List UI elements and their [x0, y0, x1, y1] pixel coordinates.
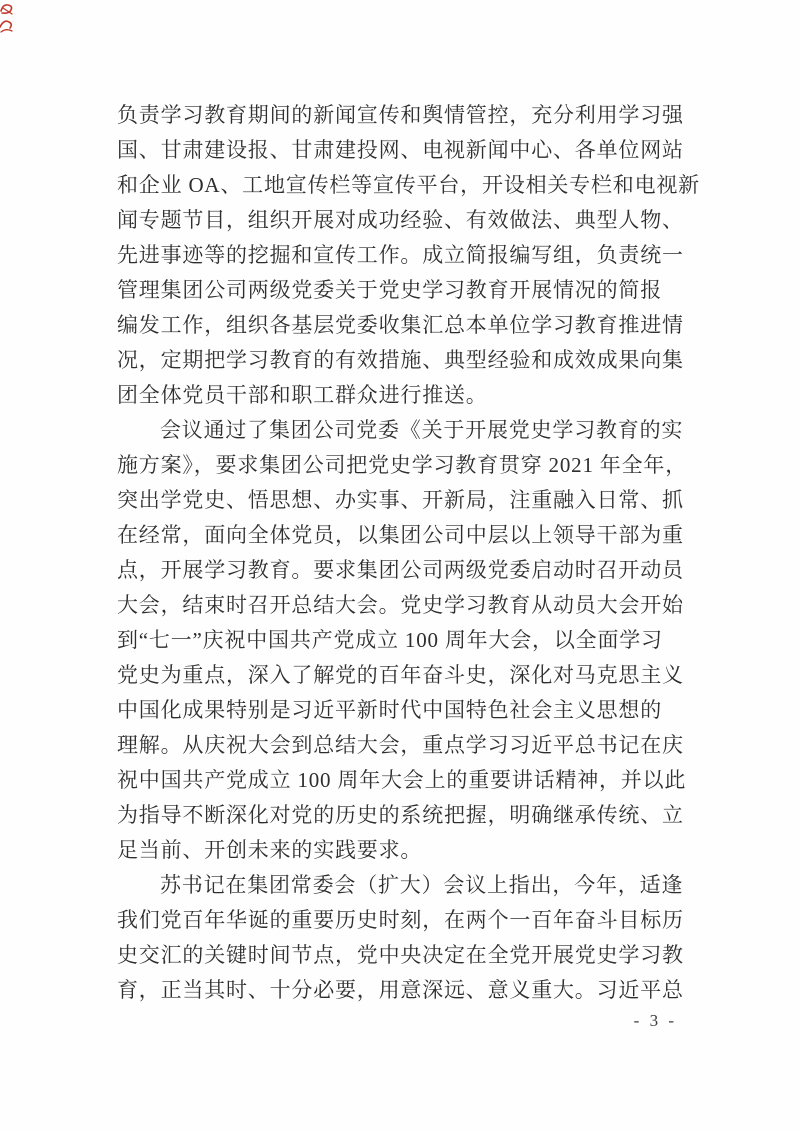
paragraph: 苏书记在集团常委会（扩大）会议上指出，今年，适逢我们党百年华诞的重要历史时刻，在… [117, 868, 687, 1008]
text-line: 中国化成果特别是习近平新时代中国特色社会主义思想的 [117, 693, 687, 728]
text-line: 党史为重点，深入了解党的百年奋斗史，深化对马克思主义 [117, 658, 687, 693]
paragraph: 负责学习教育期间的新闻宣传和舆情管控，充分利用学习强国、甘肃建设报、甘肃建投网、… [117, 98, 687, 413]
text-line: 史交汇的关键时间节点，党中央决定在全党开展党史学习教 [117, 938, 687, 973]
text-line: 突出学党史、悟思想、办实事、开新局，注重融入日常、抓 [117, 483, 687, 518]
page-number: - 3 - [634, 1010, 677, 1032]
document-page: 负责学习教育期间的新闻宣传和舆情管控，充分利用学习强国、甘肃建设报、甘肃建投网、… [0, 0, 800, 1131]
text-line: 施方案》，要求集团公司把党史学习教育贯穿 2021 年全年， [117, 448, 687, 483]
text-line: 况，定期把学习教育的有效措施、典型经验和成效成果向集 [117, 343, 687, 378]
text-line: 祝中国共产党成立 100 周年大会上的重要讲话精神，并以此 [117, 763, 687, 798]
document-body: 负责学习教育期间的新闻宣传和舆情管控，充分利用学习强国、甘肃建设报、甘肃建投网、… [117, 98, 687, 1008]
text-line: 大会，结束时召开总结大会。党史学习教育从动员大会开始 [117, 588, 687, 623]
text-line: 编发工作，组织各基层党委收集汇总本单位学习教育推进情 [117, 308, 687, 343]
text-line: 先进事迹等的挖掘和宣传工作。成立简报编写组，负责统一 [117, 238, 687, 273]
text-line: 足当前、开创未来的实践要求。 [117, 833, 687, 868]
text-line: 育，正当其时、十分必要，用意深远、意义重大。习近平总 [117, 973, 687, 1008]
text-line: 闻专题节目，组织开展对成功经验、有效做法、典型人物、 [117, 203, 687, 238]
text-line: 团全体党员干部和职工群众进行推送。 [117, 378, 687, 413]
text-line: 会议通过了集团公司党委《关于开展党史学习教育的实 [117, 413, 687, 448]
text-line: 在经常，面向全体党员，以集团公司中层以上领导干部为重 [117, 518, 687, 553]
text-line: 我们党百年华诞的重要历史时刻，在两个一百年奋斗目标历 [117, 903, 687, 938]
paragraph: 会议通过了集团公司党委《关于开展党史学习教育的实施方案》，要求集团公司把党史学习… [117, 413, 687, 868]
text-line: 负责学习教育期间的新闻宣传和舆情管控，充分利用学习强 [117, 98, 687, 133]
text-line: 和企业 OA、工地宣传栏等宣传平台，开设相关专栏和电视新 [117, 168, 687, 203]
text-line: 为指导不断深化对党的历史的系统把握，明确继承传统、立 [117, 798, 687, 833]
red-pen-marks-icon [0, 2, 22, 36]
text-line: 管理集团公司两级党委关于党史学习教育开展情况的简报 [117, 273, 687, 308]
text-line: 到“七一”庆祝中国共产党成立 100 周年大会，以全面学习 [117, 623, 687, 658]
text-line: 苏书记在集团常委会（扩大）会议上指出，今年，适逢 [117, 868, 687, 903]
text-line: 点，开展学习教育。要求集团公司两级党委启动时召开动员 [117, 553, 687, 588]
text-line: 国、甘肃建设报、甘肃建投网、电视新闻中心、各单位网站 [117, 133, 687, 168]
text-line: 理解。从庆祝大会到总结大会，重点学习习近平总书记在庆 [117, 728, 687, 763]
